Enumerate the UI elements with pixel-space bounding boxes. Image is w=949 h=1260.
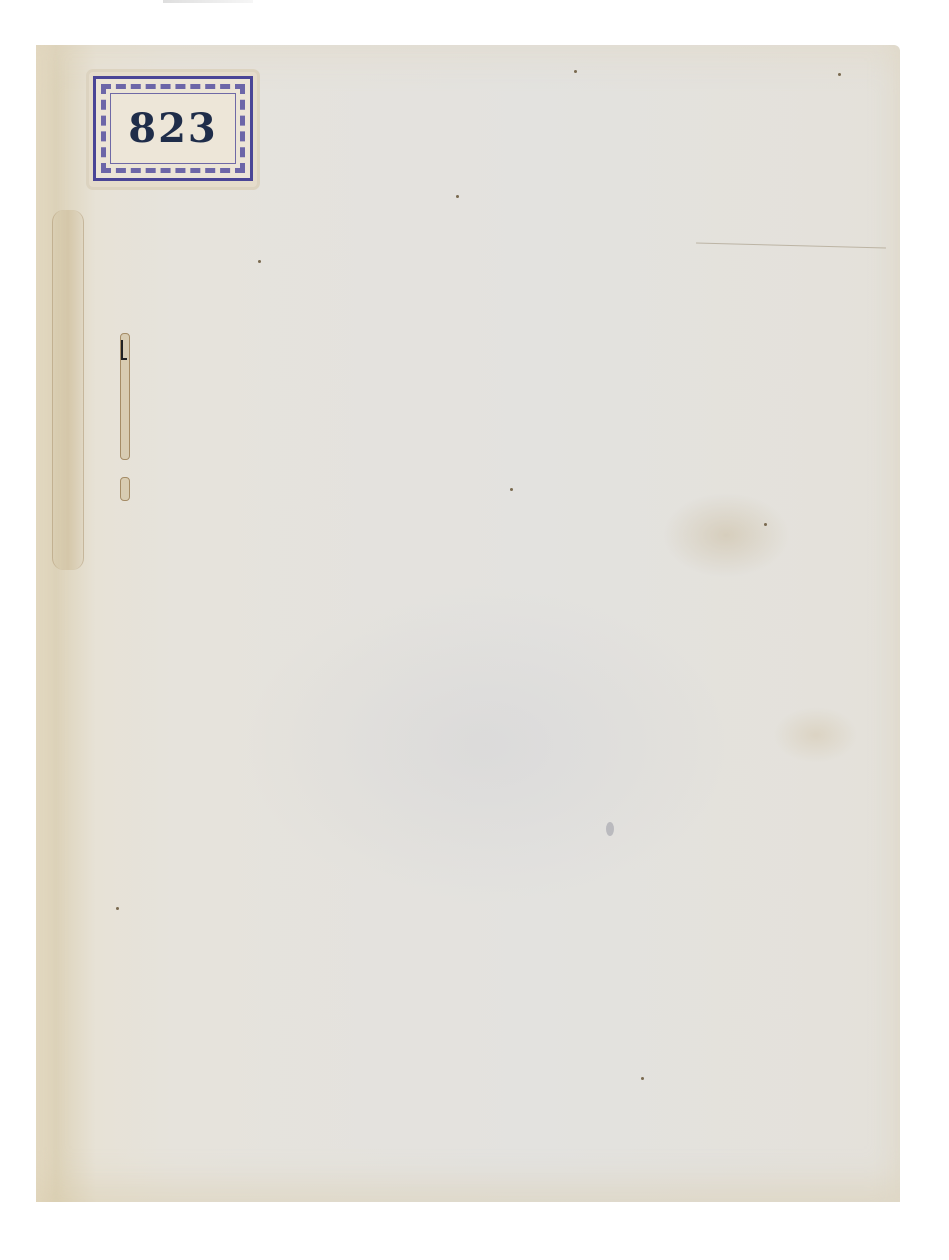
crease	[696, 243, 886, 249]
speck	[838, 73, 841, 76]
catalog-label: 823	[89, 72, 257, 187]
stitch-mark	[121, 340, 127, 360]
speck	[116, 907, 119, 910]
speck	[574, 70, 577, 73]
speck	[456, 195, 459, 198]
speck	[764, 523, 767, 526]
speck	[606, 822, 614, 836]
stitch-hole-small	[120, 477, 130, 501]
book-cover: 823	[36, 45, 900, 1202]
speck	[510, 488, 513, 491]
label-frame: 823	[93, 76, 253, 181]
label-decorative-border: 823	[101, 84, 245, 173]
label-core: 823	[110, 93, 236, 164]
label-number: 823	[128, 105, 218, 152]
speck	[641, 1077, 644, 1080]
speck	[258, 260, 261, 263]
faint-offset-text	[163, 0, 253, 3]
spine-damage	[52, 210, 84, 570]
